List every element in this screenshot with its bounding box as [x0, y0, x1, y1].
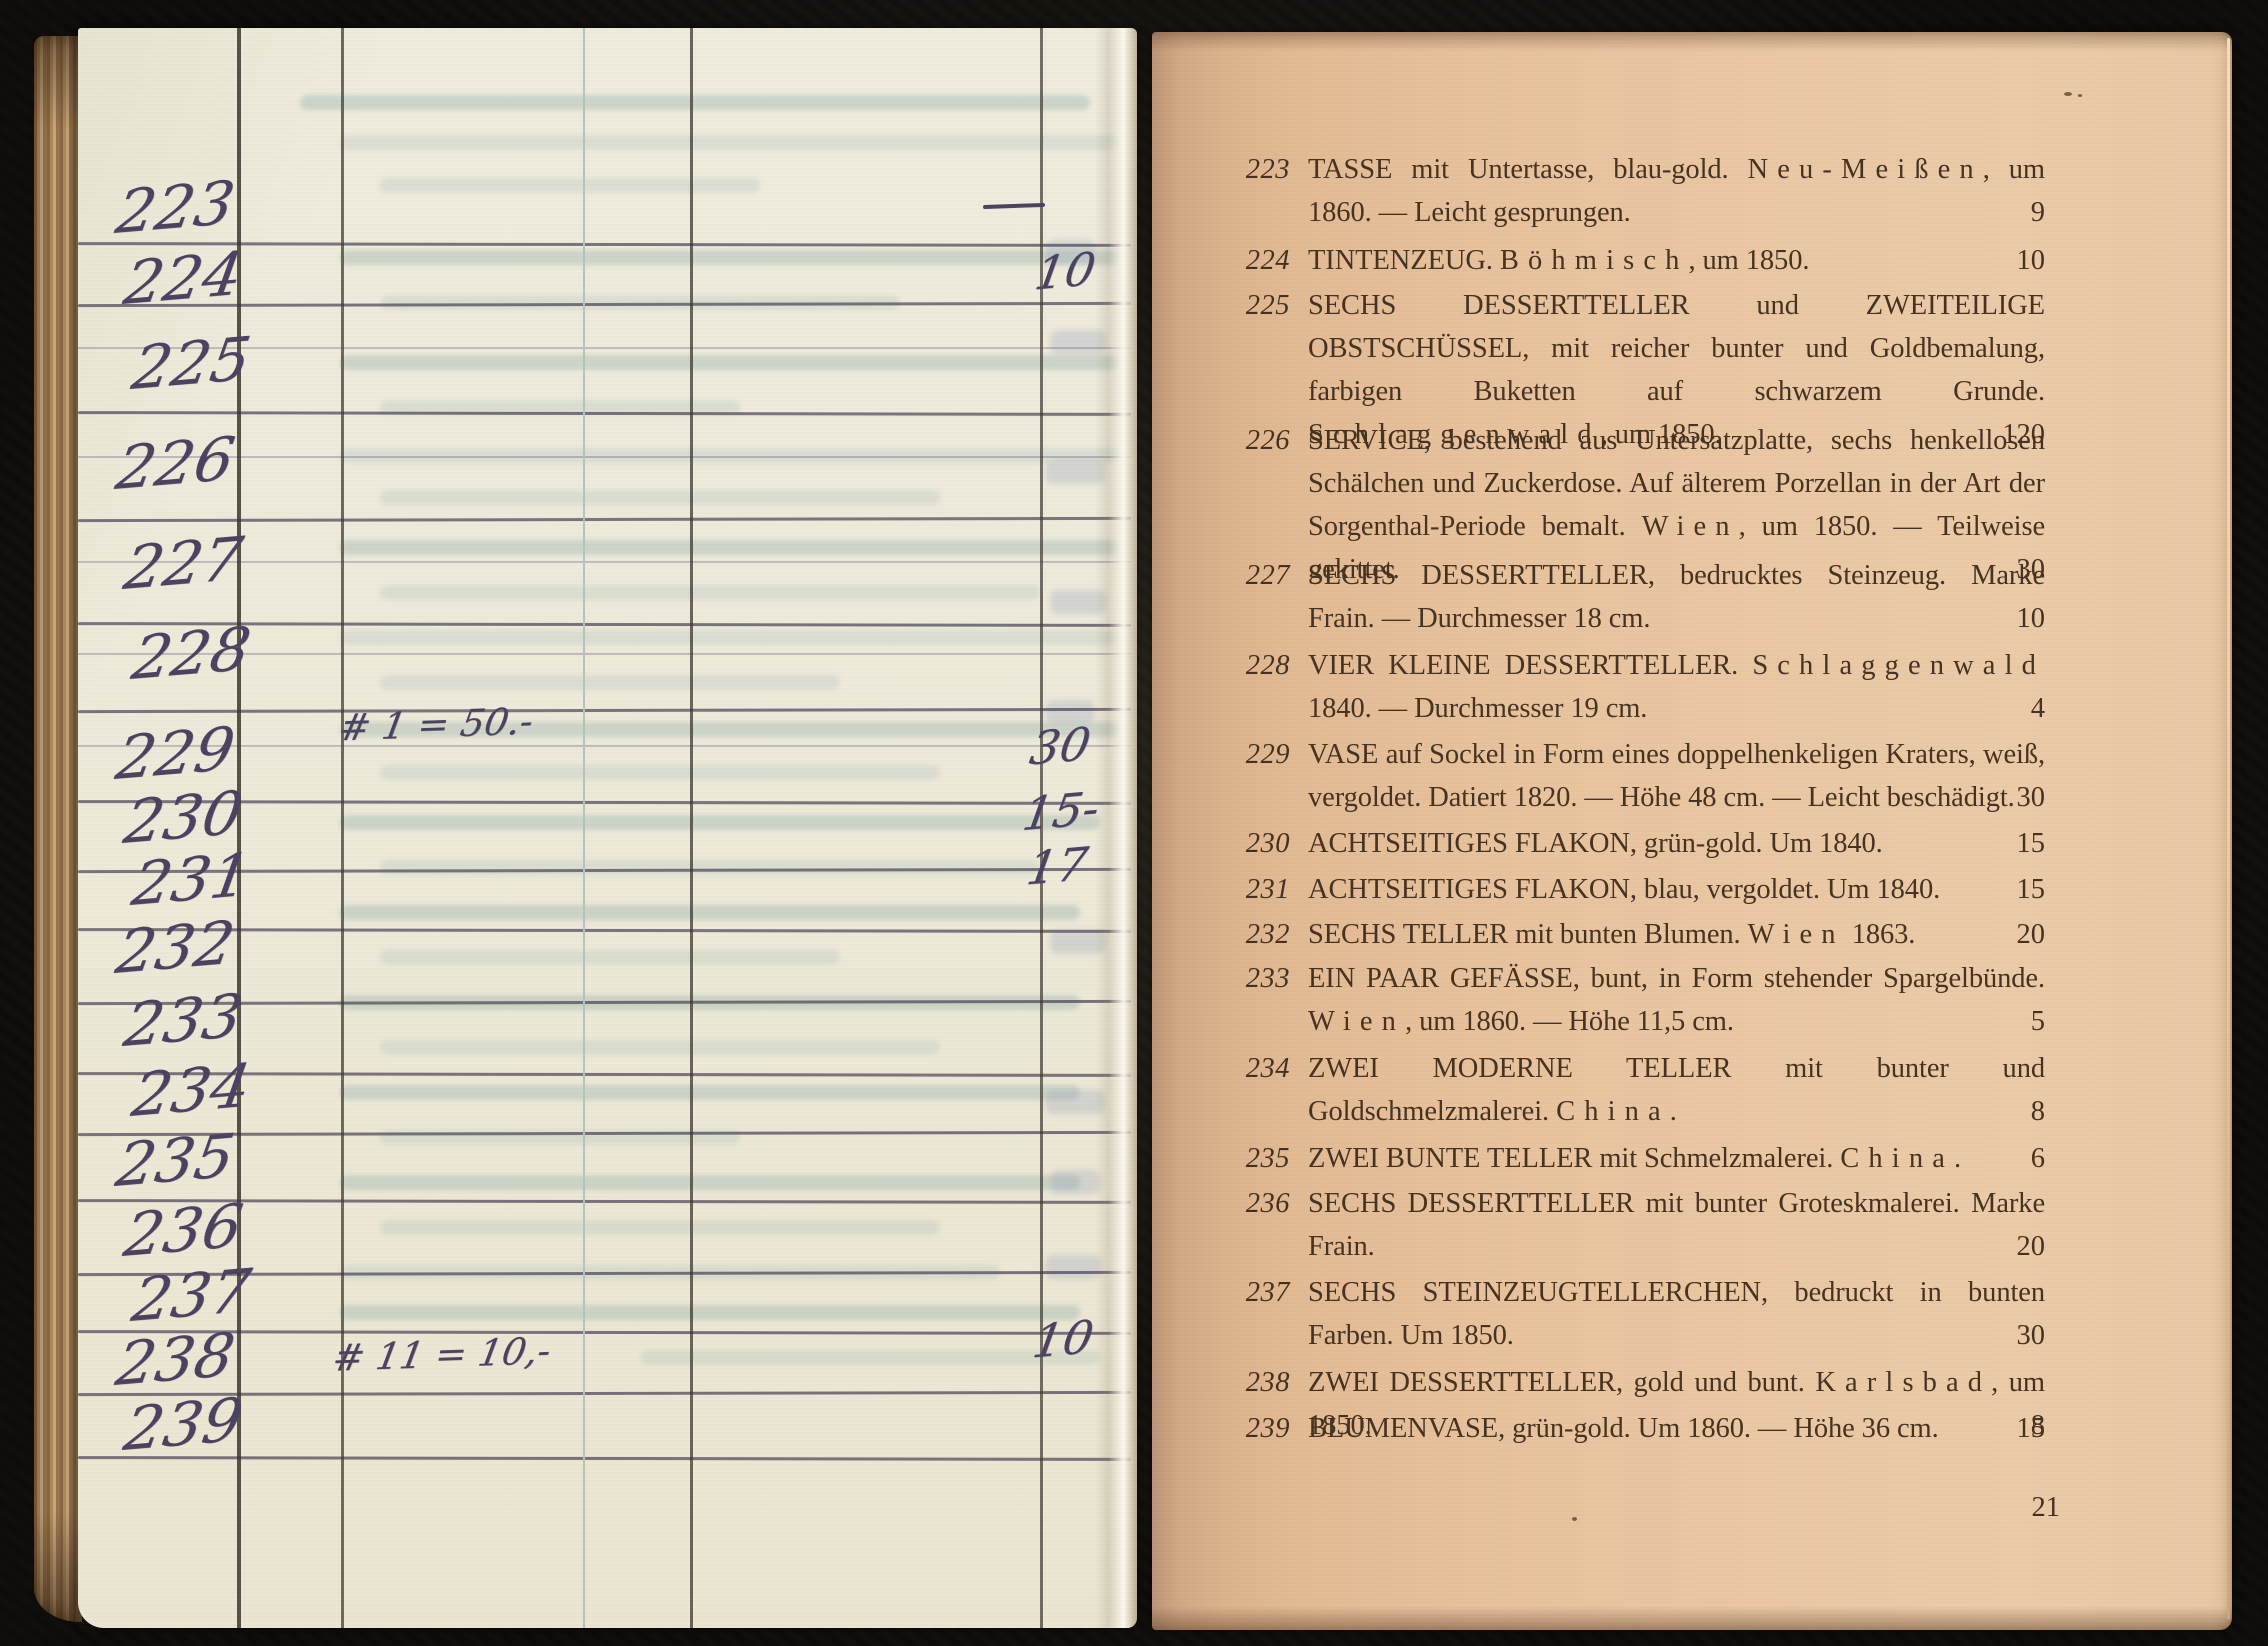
catalog-entry-price: 10 [2017, 597, 2046, 640]
catalog-entry-number: 224 [1244, 239, 1290, 282]
ledger-lot-number: 233 [120, 986, 246, 1056]
bleedthrough-line [340, 1085, 1080, 1100]
catalog-entry-number: 235 [1244, 1137, 1290, 1180]
bleedthrough-line [340, 815, 1100, 830]
catalog-entry-price: 5 [2031, 1000, 2045, 1043]
catalog-entry-segment: ACHTSEITIGES FLAKON, blau, vergoldet. Um… [1308, 874, 1940, 905]
catalog-entry-segment: SECHS TELLER mit bunten Blumen. [1308, 919, 1748, 950]
bleedthrough-line [380, 585, 1040, 600]
catalog-entry-price: 6 [2031, 1137, 2045, 1180]
catalog-entry-price: 9 [2031, 191, 2045, 234]
ledger-value: 17 [1024, 841, 1091, 892]
catalog-entry-number: 234 [1244, 1047, 1290, 1090]
ledger-rule-horizontal [78, 708, 1131, 713]
catalog-entry-segment: . [1670, 1096, 1677, 1127]
catalog-entry-emphasis: Wien [1308, 1006, 1405, 1037]
ledger-lot-number: 226 [112, 429, 238, 499]
bleedthrough-mark [1045, 1255, 1101, 1279]
catalog-entry-segment: 1863. [1845, 919, 1916, 950]
ledger-lot-number: 239 [120, 1390, 246, 1460]
book-page-edge-stack [34, 36, 82, 1622]
catalog-entry-emphasis: China [1840, 1143, 1954, 1174]
catalog-entry-price: 20 [2017, 1225, 2046, 1268]
page-fore-edge [2227, 38, 2230, 1620]
ledger-rule-horizontal-faint [78, 456, 1131, 458]
ledger-rule-vertical [690, 28, 693, 1628]
catalog-entry-number: 238 [1244, 1361, 1290, 1404]
bleedthrough-line [300, 95, 1090, 110]
catalog-entry-text: ACHTSEITIGES FLAKON, blau, vergoldet. Um… [1308, 868, 2045, 911]
bleedthrough-line [340, 540, 1120, 555]
catalog-entry-number: 227 [1244, 554, 1290, 597]
ledger-rule-vertical [341, 28, 344, 1628]
catalog-entry-text: ZWEI MODERNE TELLER mit bunter und Golds… [1308, 1047, 2045, 1133]
catalog-entry-text: SECHS DESSERTTELLER, bedrucktes Steinzeu… [1308, 554, 2045, 640]
paper-speck [1572, 1517, 1577, 1521]
ledger-lot-number: 228 [128, 619, 254, 689]
catalog-entry-segment: BLUMENVASE, grün-gold. Um 1860. — Höhe 3… [1308, 1413, 1939, 1444]
ledger-lot-number: 229 [112, 719, 238, 789]
catalog-entry-text: SECHS DESSERTTELLER mit bunter Groteskma… [1308, 1182, 2045, 1268]
catalog-entry-emphasis: Wien [1748, 919, 1845, 950]
catalog-entry-number: 231 [1244, 868, 1290, 911]
ledger-lot-number: 235 [112, 1126, 238, 1196]
catalog-entry-emphasis: Karlsbad [1815, 1367, 1991, 1398]
catalog-entry-text: TINTENZEUG. Böhmisch, um 1850.10 [1308, 239, 2045, 282]
catalog-entry-number: 237 [1244, 1271, 1290, 1314]
catalog-entry-price: 30 [2017, 776, 2046, 819]
ledger-lot-number: 231 [128, 845, 254, 915]
ledger-lot-number: 225 [128, 329, 254, 399]
bleedthrough-line [380, 490, 940, 505]
catalog-entry-text: VIER KLEINE DESSERTTELLER. Schlaggenwald… [1308, 644, 2045, 730]
catalog-page: 223TASSE mit Untertasse, blau-gold. Neu-… [1152, 32, 2232, 1630]
catalog-entry-segment: SECHS STEINZEUGTELLERCHEN, bedruckt in b… [1308, 1277, 2045, 1351]
ledger-lot-number: 234 [128, 1056, 254, 1126]
catalog-entry-number: 236 [1244, 1182, 1290, 1225]
ledger-value: 15- [1020, 785, 1103, 837]
bleedthrough-line [340, 355, 1120, 370]
scanned-book-spread: { "ledger": { "rows": [ {"no":"223","val… [0, 0, 2268, 1646]
catalog-entry-number: 226 [1244, 419, 1290, 462]
bleedthrough-line [380, 675, 840, 690]
catalog-entry-price: 20 [2017, 913, 2046, 956]
page-curl-highlight [1095, 28, 1137, 1628]
bleedthrough-line [380, 1220, 940, 1235]
ledger-value: 10 [1030, 1314, 1097, 1365]
bleedthrough-line [340, 1175, 1080, 1190]
catalog-entry-segment: TINTENZEUG. [1308, 245, 1500, 276]
ledger-lot-number: 238 [112, 1325, 238, 1395]
ledger-rule-horizontal-faint [78, 745, 1131, 747]
catalog-entry-number: 239 [1244, 1407, 1290, 1450]
bleedthrough-line [380, 178, 760, 193]
catalog-entry-price: 15 [2017, 822, 2046, 865]
bleedthrough-line [380, 1040, 940, 1055]
bleedthrough-line [340, 905, 1080, 920]
catalog-entry-text: BLUMENVASE, grün-gold. Um 1860. — Höhe 3… [1308, 1407, 2045, 1450]
ledger-value-dash [983, 203, 1045, 209]
catalog-entry-segment: 1840. — Durchmesser 19 cm. [1308, 693, 1647, 724]
bleedthrough-mark [1050, 1170, 1100, 1194]
catalog-entry-segment: VASE auf Sockel in Form eines doppelhenk… [1308, 739, 2045, 813]
ledger-rule-vertical [583, 28, 585, 1628]
catalog-entry-emphasis: Böhmisch [1500, 245, 1689, 276]
bleedthrough-line [380, 765, 940, 780]
ledger-value: 10 [1032, 246, 1099, 297]
catalog-entry-text: EIN PAAR GEFÄSSE, bunt, in Form stehende… [1308, 957, 2045, 1043]
catalog-entry-segment: ZWEI BUNTE TELLER mit Schmelzmalerei. [1308, 1143, 1840, 1174]
ledger-lot-number: 223 [112, 173, 238, 243]
ledger-rule-horizontal [78, 1456, 1131, 1460]
catalog-entry-segment: SECHS DESSERTTELLER, bedrucktes Steinzeu… [1308, 560, 2045, 634]
catalog-entry-number: 223 [1244, 148, 1290, 191]
catalog-entry-segment: SECHS DESSERTTELLER mit bunter Groteskma… [1308, 1188, 2045, 1262]
bleedthrough-line [340, 135, 1120, 150]
catalog-entry-number: 233 [1244, 957, 1290, 1000]
catalog-entry-text: ZWEI BUNTE TELLER mit Schmelzmalerei. Ch… [1308, 1137, 2045, 1180]
catalog-entry-text: VASE auf Sockel in Form eines doppelhenk… [1308, 733, 2045, 819]
catalog-entry-segment: ZWEI DESSERTTELLER, gold und bunt. [1308, 1367, 1815, 1398]
ledger-value: 30 [1027, 721, 1094, 772]
ledger-page: 223224102252262272282293023015-231172322… [78, 28, 1137, 1628]
catalog-entry-emphasis: Neu-Meißen [1748, 154, 1983, 185]
catalog-entry-number: 229 [1244, 733, 1290, 776]
catalog-entry-number: 225 [1244, 284, 1290, 327]
catalog-entry-number: 232 [1244, 913, 1290, 956]
catalog-entry-emphasis: China [1556, 1096, 1670, 1127]
page-number: 21 [2014, 1492, 2060, 1524]
catalog-entry-segment: TASSE mit Untertasse, blau-gold. [1308, 154, 1748, 185]
bleedthrough-line [340, 250, 1120, 265]
catalog-entry-price: 15 [2017, 868, 2046, 911]
bleedthrough-line [380, 950, 840, 965]
catalog-entry-segment: , um 1850. [1688, 245, 1809, 276]
catalog-entry-segment: . [1954, 1143, 1961, 1174]
catalog-entry-emphasis: Schlaggenwald [1752, 650, 2045, 681]
catalog-entry-price: 10 [2017, 239, 2046, 282]
catalog-entry-number: 230 [1244, 822, 1290, 865]
catalog-entry-emphasis: Wien [1642, 511, 1739, 542]
catalog-entry-text: ACHTSEITIGES FLAKON, grün-gold. Um 1840.… [1308, 822, 2045, 865]
paper-speck [2078, 94, 2082, 97]
catalog-entry-segment: VIER KLEINE DESSERTTELLER. [1308, 650, 1752, 681]
paper-speck [2064, 92, 2072, 96]
catalog-entry-segment: , um 1860. — Höhe 11,5 cm. [1405, 1006, 1734, 1037]
catalog-entry-text: TASSE mit Untertasse, blau-gold. Neu-Mei… [1308, 148, 2045, 234]
ledger-annotation: # 1 = 50.- [336, 703, 536, 747]
catalog-entry-segment: ACHTSEITIGES FLAKON, grün-gold. Um 1840. [1308, 828, 1883, 859]
catalog-entry-number: 228 [1244, 644, 1290, 687]
catalog-entry-text: SECHS TELLER mit bunten Blumen. Wien 186… [1308, 913, 2045, 956]
ledger-annotation: # 11 = 10,- [330, 1332, 554, 1377]
catalog-entry-price: 8 [2031, 1090, 2045, 1133]
ledger-lot-number: 227 [120, 529, 246, 599]
catalog-entry-price: 4 [2031, 687, 2045, 730]
catalog-entry-price: 30 [2017, 1314, 2046, 1357]
bleedthrough-line [340, 630, 1120, 645]
catalog-entry-segment: EIN PAAR GEFÄSSE, bunt, in Form stehende… [1308, 963, 2045, 994]
ledger-lot-number: 232 [112, 913, 238, 983]
catalog-entry-price: 15 [2017, 1407, 2046, 1450]
catalog-entry-segment: SECHS DESSERTTELLER und ZWEITEILIGE OBST… [1308, 290, 2045, 407]
ledger-rule-horizontal [78, 517, 1131, 522]
ledger-lot-number: 236 [120, 1196, 246, 1266]
catalog-entry-text: SECHS STEINZEUGTELLERCHEN, bedruckt in b… [1308, 1271, 2045, 1357]
bleedthrough-line [340, 1305, 1080, 1320]
ledger-lot-number: 224 [120, 244, 246, 314]
